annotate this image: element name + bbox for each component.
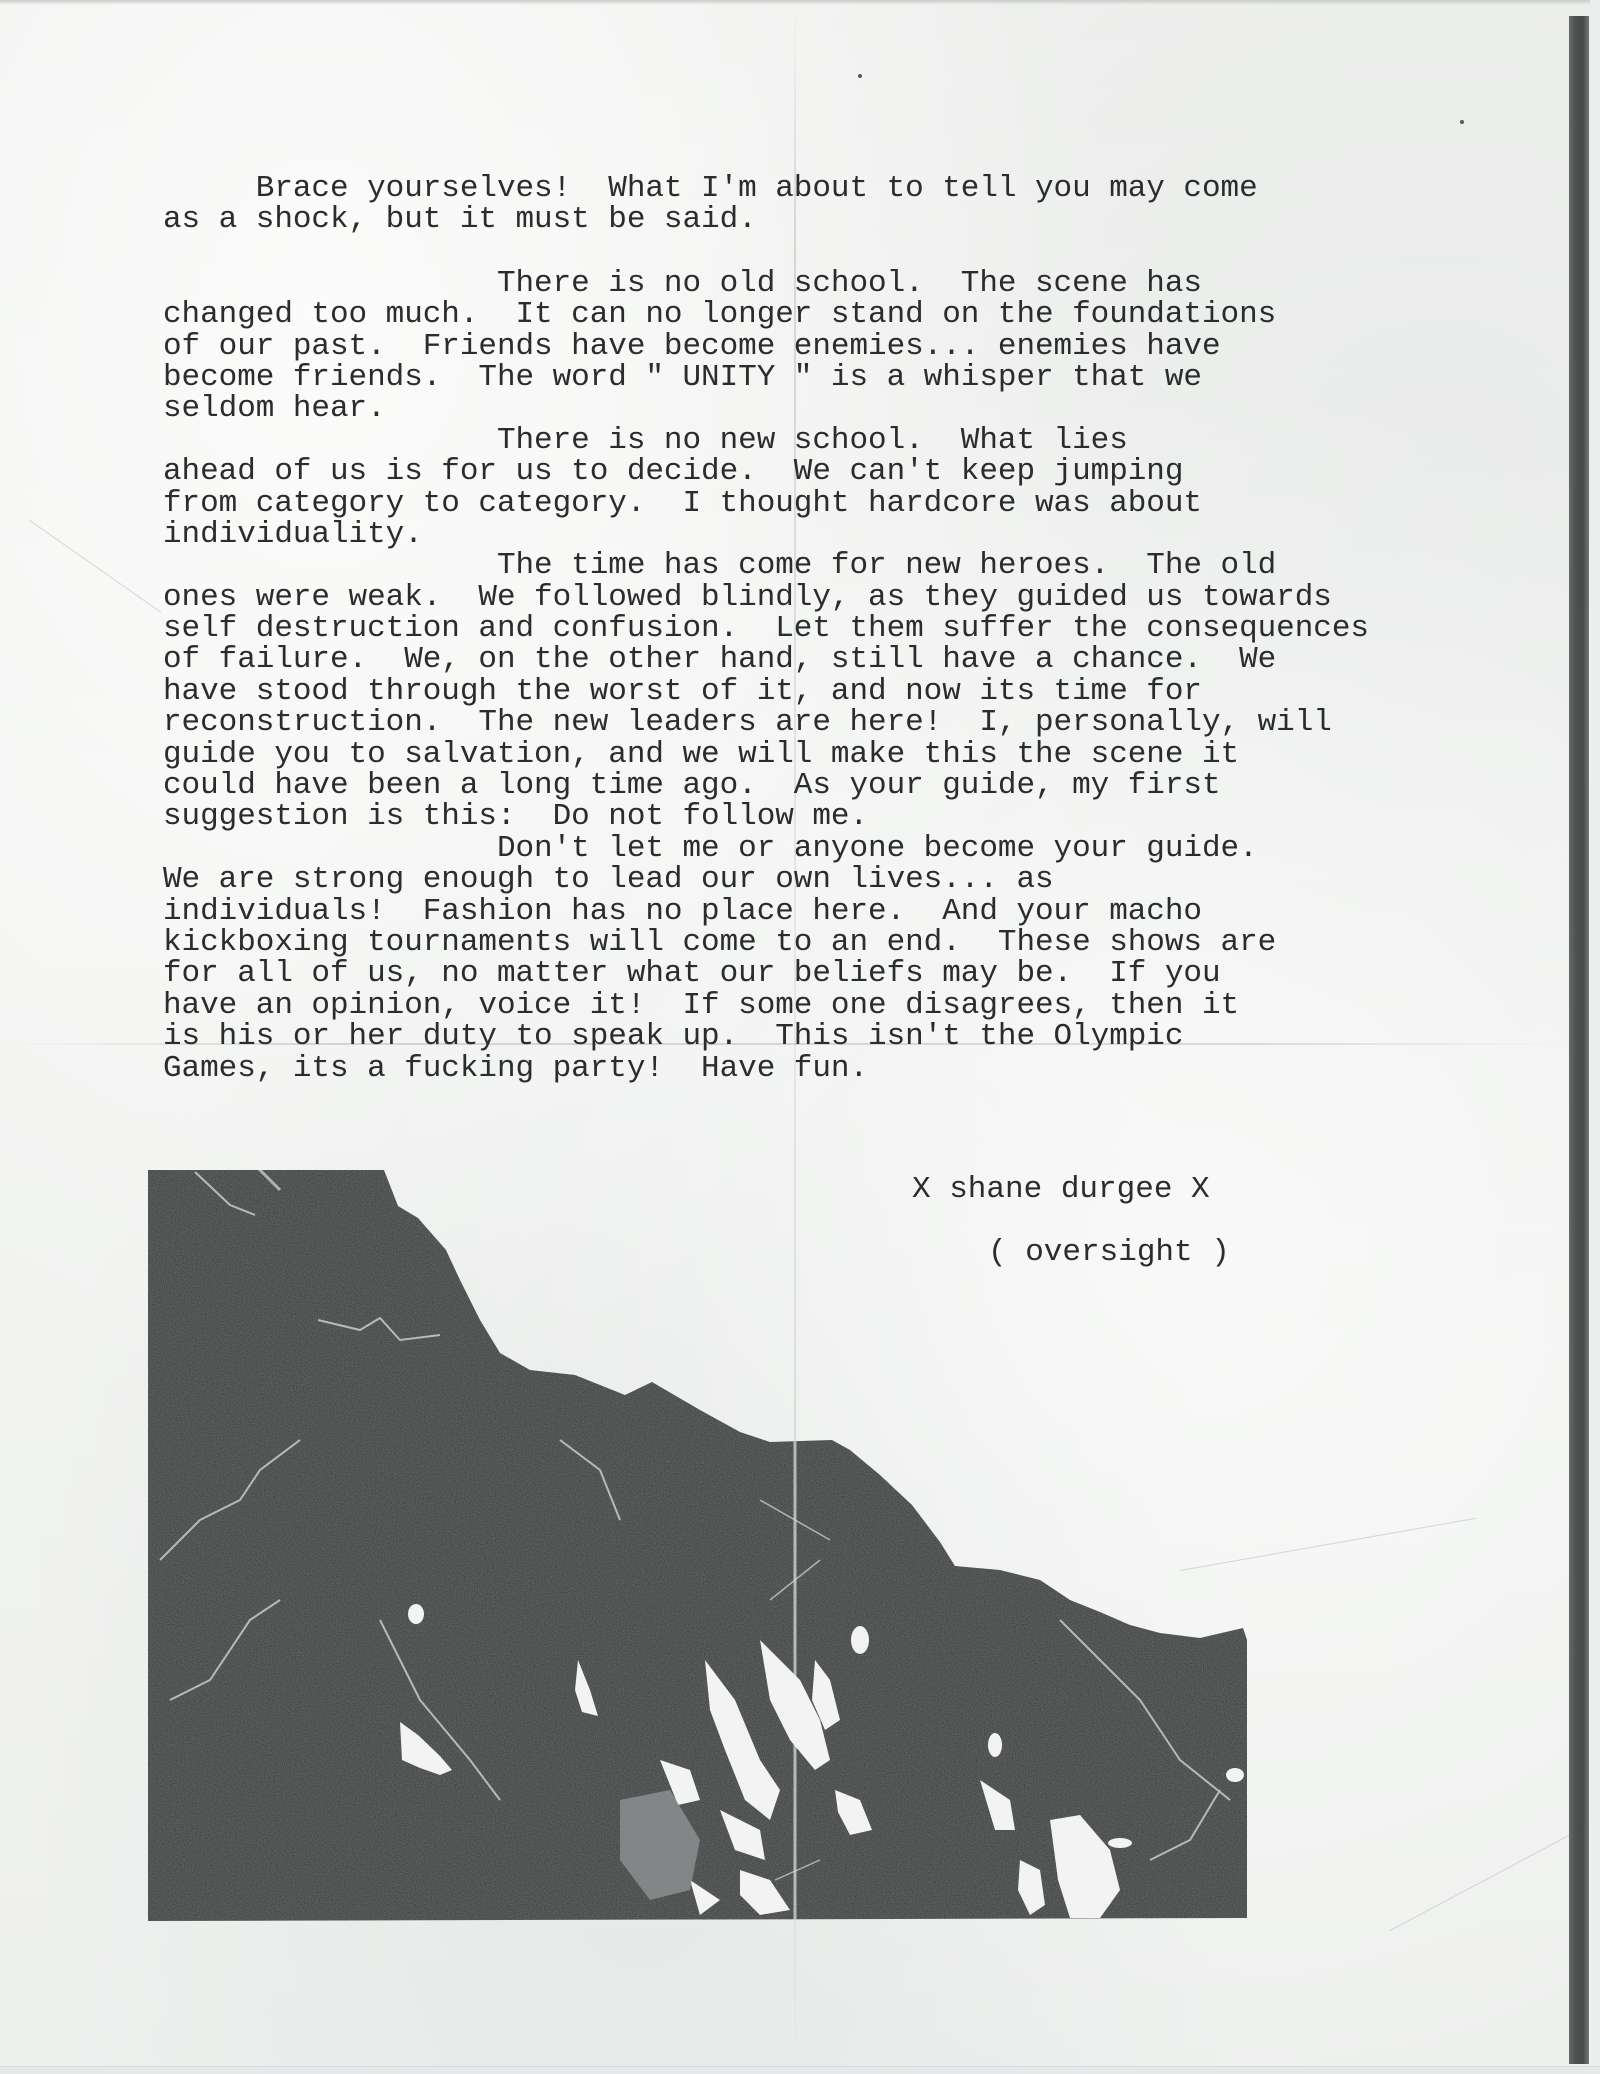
body-line: guide you to salvation, and we will make… — [163, 739, 1369, 770]
body-line: as a shock, but it must be said. — [163, 204, 1369, 235]
body-line: for all of us, no matter what our belief… — [163, 958, 1369, 989]
paper-speck — [1460, 120, 1464, 124]
signature-name: X shane durgee X — [912, 1172, 1210, 1207]
body-line: changed too much. It can no longer stand… — [163, 299, 1369, 330]
photocopy-edge-bar — [1569, 16, 1589, 2064]
paragraph-gap — [163, 236, 1369, 268]
paper-speck — [858, 74, 862, 78]
body-line: The time has come for new heroes. The ol… — [163, 550, 1369, 581]
body-line: suggestion is this: Do not follow me. — [163, 801, 1369, 832]
body-line: have stood through the worst of it, and … — [163, 676, 1369, 707]
body-line: from category to category. I thought har… — [163, 488, 1369, 519]
body-line: self destruction and confusion. Let them… — [163, 613, 1369, 644]
body-line: Brace yourselves! What I'm about to tell… — [163, 173, 1369, 204]
body-line: ahead of us is for us to decide. We can'… — [163, 456, 1369, 487]
body-line: is his or her duty to speak up. This isn… — [163, 1021, 1369, 1052]
body-line: There is no new school. What lies — [163, 425, 1369, 456]
signature-band: ( oversight ) — [988, 1235, 1230, 1270]
body-line: There is no old school. The scene has — [163, 268, 1369, 299]
scan-right-margin — [1590, 0, 1600, 2074]
body-line: We are strong enough to lead our own liv… — [163, 864, 1369, 895]
manifesto-body-text: Brace yourselves! What I'm about to tell… — [163, 173, 1369, 1084]
body-line: become friends. The word " UNITY " is a … — [163, 362, 1369, 393]
body-line: individuality. — [163, 519, 1369, 550]
body-line: of failure. We, on the other hand, still… — [163, 644, 1369, 675]
body-line: ones were weak. We followed blindly, as … — [163, 582, 1369, 613]
body-line: could have been a long time ago. As your… — [163, 770, 1369, 801]
scan-bottom-edge — [0, 2066, 1600, 2074]
body-line: of our past. Friends have become enemies… — [163, 331, 1369, 362]
body-line: Games, its a fucking party! Have fun. — [163, 1053, 1369, 1084]
body-line: kickboxing tournaments will come to an e… — [163, 927, 1369, 958]
body-line: have an opinion, voice it! If some one d… — [163, 990, 1369, 1021]
body-line: reconstruction. The new leaders are here… — [163, 707, 1369, 738]
body-line: Don't let me or anyone become your guide… — [163, 833, 1369, 864]
scan-top-edge — [0, 0, 1600, 5]
body-line: individuals! Fashion has no place here. … — [163, 896, 1369, 927]
body-line: seldom hear. — [163, 393, 1369, 424]
